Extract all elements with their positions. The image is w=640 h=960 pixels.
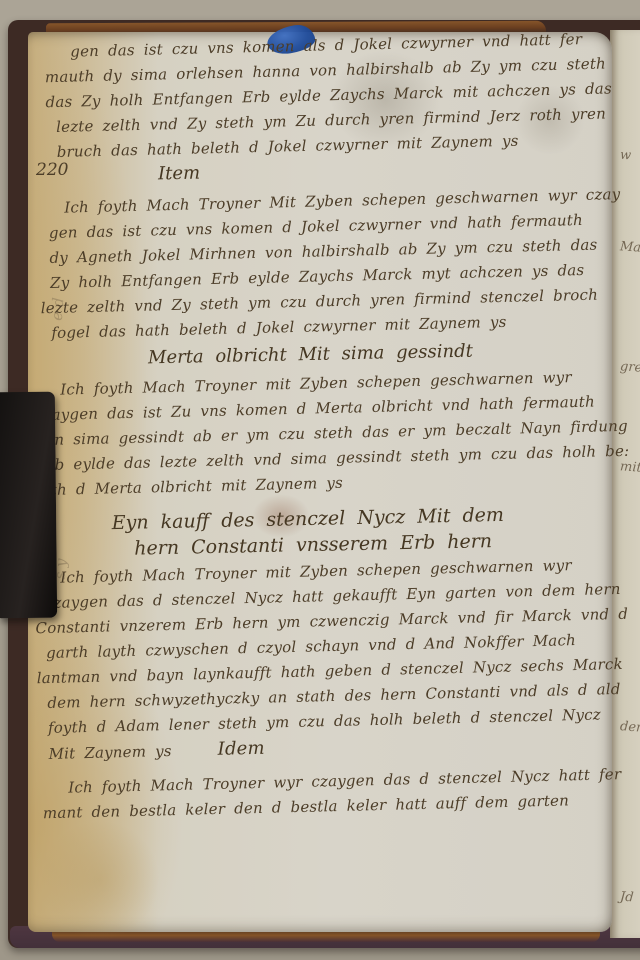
entry-merta-olbricht: Ich foyth Mach Troyner mit Zyben schepen… <box>44 364 630 503</box>
entry-jokel-czwyrner: Ich foyth Mach Troyner Mit Zyben schepen… <box>48 182 624 346</box>
manuscript-photo: w Ma gre mit den Jd e d s y gen das ist … <box>0 0 640 960</box>
edge-text-fragment: Jd <box>619 890 634 906</box>
entry-kauff-stenczel: Ich foyth Mach Troyner mit Zyben schepen… <box>44 552 631 767</box>
entry-continuation: gen das ist czu vns komen als d Jokel cz… <box>54 26 613 165</box>
closing-formula: Mit Zaynem ys <box>48 742 171 763</box>
folio-number: 220 <box>36 160 68 180</box>
edge-text-fragment: w <box>619 148 631 164</box>
entry-heading-item: Item <box>158 163 200 185</box>
entry-heading-idem: Idem <box>217 736 265 762</box>
edge-text-fragment: Ma <box>620 239 640 255</box>
entry-heading-kauff-stenczel: Eyn kauff des stenczel Nycz Mit dem hern… <box>112 504 505 560</box>
book-clasp <box>0 392 57 619</box>
